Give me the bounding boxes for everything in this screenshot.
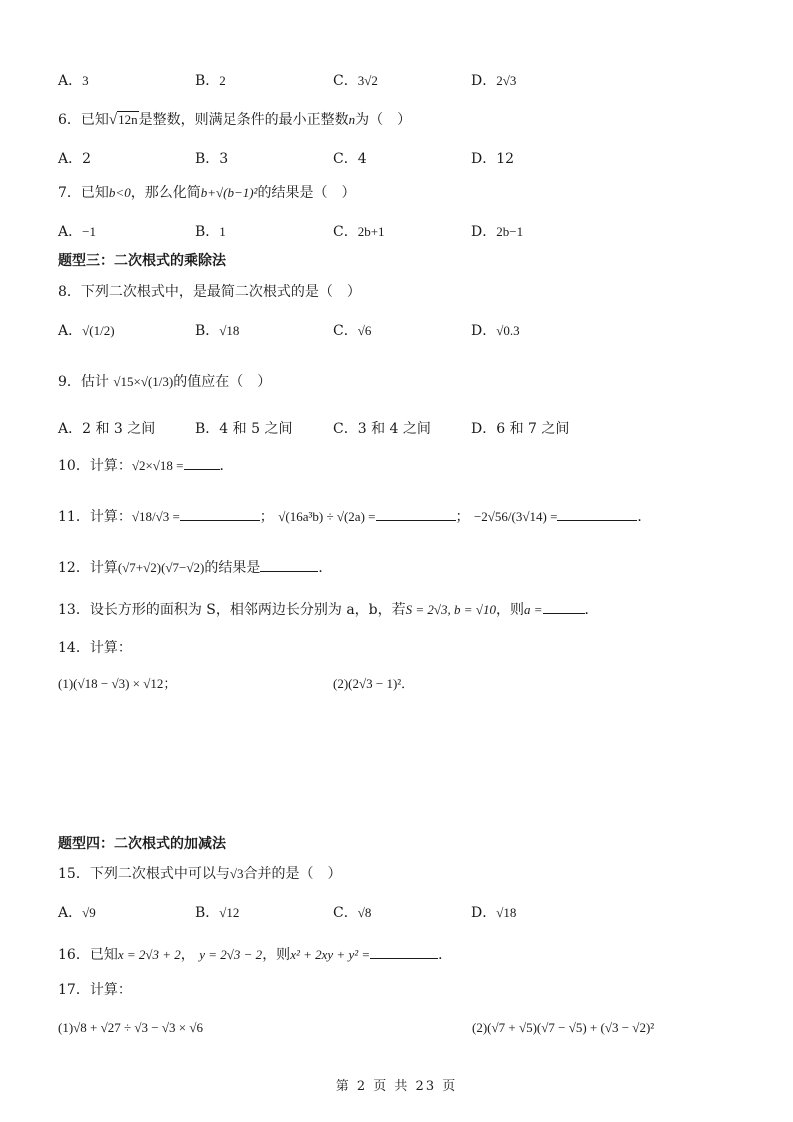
answer-blank-2[interactable] xyxy=(376,506,456,521)
q9-option-c: C．3 和 4 之间 xyxy=(333,418,431,438)
q7-option-b: B．1 xyxy=(195,221,226,241)
question-7: 7．已知b<0，那么化简b+√(b−1)²的结果是（ ） xyxy=(58,183,355,203)
q7-option-c: C．2b+1 xyxy=(333,221,385,241)
answer-blank[interactable] xyxy=(543,599,585,614)
answer-blank[interactable] xyxy=(260,557,318,572)
q15-option-c: C．√8 xyxy=(333,902,371,922)
section-3-heading: 题型三：二次根式的乘除法 xyxy=(58,251,226,271)
question-11: 11．计算：√18/√3 =； √(16a³b) ÷ √(2a) =； −2√5… xyxy=(58,506,651,527)
q8-options: A．√(1/2) B．√18 C．√6 D．√0.3 xyxy=(58,320,758,344)
question-10: 10．计算：√2×√18 =． xyxy=(58,455,234,476)
answer-blank-3[interactable] xyxy=(557,506,637,521)
question-9: 9．估计 √15×√(1/3)的值应在（ ） xyxy=(58,372,271,392)
q15-option-d: D．√18 xyxy=(471,902,516,922)
sqrt-12n: √12n xyxy=(109,110,139,130)
q5-option-b: B．2 xyxy=(195,70,226,90)
answer-blank[interactable] xyxy=(370,944,438,959)
answer-blank-1[interactable] xyxy=(180,506,260,521)
q7-option-d: D．2b−1 xyxy=(471,221,523,241)
q15-options: A．√9 B．√12 C．√8 D．√18 xyxy=(58,902,758,926)
q17-part-1: (1)√8 + √27 ÷ √3 − √3 × √6 xyxy=(58,1018,203,1038)
q14-part-1: (1)(√18 − √3) × √12； xyxy=(58,674,176,694)
q6-options: A．2 B．3 C．4 D．12 xyxy=(58,148,758,172)
q7-options: A．−1 B．1 C．2b+1 D．2b−1 xyxy=(58,221,758,245)
question-14: 14．计算： xyxy=(58,638,132,658)
q15-option-b: B．√12 xyxy=(195,902,239,922)
question-16: 16．已知x = 2√3 + 2， y = 2√3 − 2，则x² + 2xy … xyxy=(58,944,452,965)
question-6: 6．已知√12n是整数，则满足条件的最小正整数n为（ ） xyxy=(58,110,411,130)
q6-option-c: C．4 xyxy=(333,148,367,168)
question-17: 17．计算： xyxy=(58,980,132,1000)
q8-option-b: B．√18 xyxy=(195,320,239,340)
q6-option-a: A．2 xyxy=(58,148,91,168)
q8-option-d: D．√0.3 xyxy=(471,320,520,340)
answer-blank[interactable] xyxy=(184,455,220,470)
q5-option-d: D．2√3 xyxy=(471,70,516,90)
question-12: 12．计算(√7+√2)(√7−√2)的结果是． xyxy=(58,557,332,578)
page-footer: 第 2 页 共 23 页 xyxy=(0,1075,793,1094)
section-4-heading: 题型四：二次根式的加减法 xyxy=(58,834,226,854)
q9-option-a: A．2 和 3 之间 xyxy=(58,418,155,438)
q5-options: A．3 B．2 C．3√2 D．2√3 xyxy=(58,70,758,94)
question-8: 8．下列二次根式中，是最简二次根式的是（ ） xyxy=(58,282,361,302)
q15-option-a: A．√9 xyxy=(58,902,96,922)
q6-option-b: B．3 xyxy=(195,148,228,168)
question-13: 13．设长方形的面积为 S，相邻两边长分别为 a，b，若S = 2√3, b =… xyxy=(58,599,599,620)
q7-option-a: A．−1 xyxy=(58,221,96,241)
q9-options: A．2 和 3 之间 B．4 和 5 之间 C．3 和 4 之间 D．6 和 7… xyxy=(58,418,758,442)
question-15: 15．下列二次根式中可以与√3合并的是（ ） xyxy=(58,864,341,884)
q8-option-a: A．√(1/2) xyxy=(58,320,115,340)
q9-option-d: D．6 和 7 之间 xyxy=(471,418,569,438)
q14-part-2: (2)(2√3 − 1)²． xyxy=(333,674,414,694)
q17-part-2: (2)(√7 + √5)(√7 − √5) + (√3 − √2)² xyxy=(472,1018,654,1038)
q6-option-d: D．12 xyxy=(471,148,514,168)
q9-option-b: B．4 和 5 之间 xyxy=(195,418,292,438)
q5-option-c: C．3√2 xyxy=(333,70,378,90)
q5-option-a: A．3 xyxy=(58,70,89,90)
q8-option-c: C．√6 xyxy=(333,320,371,340)
